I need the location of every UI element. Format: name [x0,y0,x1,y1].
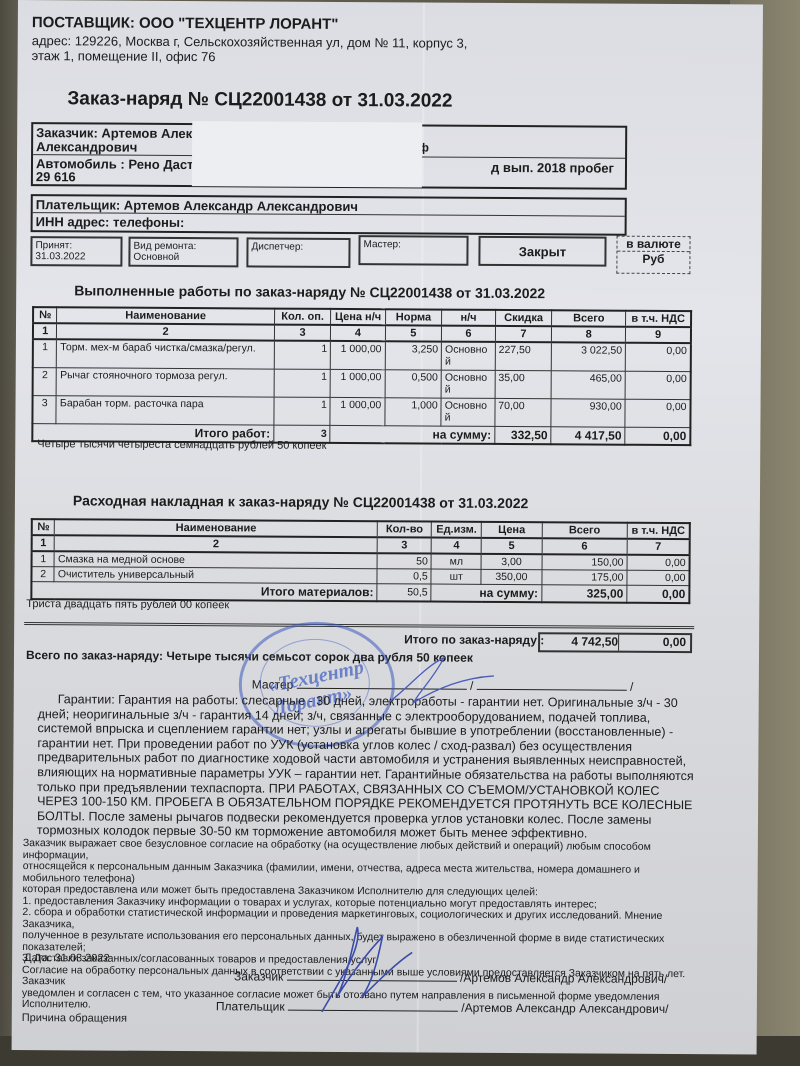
cell-norm: 3,250 [385,341,442,369]
payer-signature: Плательщик /Артемов Александр Александро… [216,999,669,1016]
cell-name: Торм. мех-м бараб чистка/смазка/регул. [57,339,275,368]
materials-total-vat: 0,00 [627,585,690,603]
column-number: 7 [495,326,552,342]
table-row: 2Рычаг стояночного тормоза регул.11 000,… [33,367,691,399]
work-order-document: ПОСТАВЩИК: ООО "ТЕХЦЕНТР ЛОРАНТ" адрес: … [12,0,763,1055]
works-table: №НаименованиеКол. оп.Цена н/чНорман/чСки… [31,306,692,446]
supplier-address: адрес: 129226, Москва г, Сельскохозяйств… [32,33,468,66]
works-total-sum: 4 417,50 [551,426,625,444]
cell-unit: шт [431,569,481,584]
cell-vat: 0,00 [625,371,690,399]
cell-total: 150,00 [542,554,627,570]
guarantee-text: Гарантии: Гарантия на работы: слесарные … [37,692,698,842]
column-number: 5 [385,325,442,341]
materials-title: Расходная накладная к заказ-наряду № СЦ2… [73,492,528,511]
dispatcher-box: Диспетчер: [246,237,350,268]
accepted-box: Принят:31.03.2022 [30,236,122,267]
works-total-discount: 332,50 [495,426,552,444]
cell-vat: 0,00 [625,399,690,427]
materials-in-words: Триста двадцать пять рублей 00 копеек [26,598,229,611]
cell-type: Основно й [441,370,495,398]
cell-price: 1 000,00 [330,369,385,397]
column-number: 8 [552,326,626,342]
payer-name: Плательщик: Артемов Александр Александро… [36,197,358,214]
column-header: Норма [385,309,442,325]
column-header: Кол-во [377,521,431,537]
column-number: 1 [33,323,57,339]
cell-price: 1 000,00 [330,397,385,425]
payer-box: Плательщик: Артемов Александр Александро… [31,194,627,236]
cell-unit: мл [431,554,481,570]
column-header: Цена [481,522,541,538]
cell-discount: 227,50 [495,342,552,370]
column-header: Всего [552,310,626,326]
cell-price: 1 000,00 [331,341,386,369]
column-header: Цена н/ч [331,309,385,325]
column-number: 4 [331,325,385,341]
grand-total-label: Итого по заказ-наряду : [404,632,544,647]
order-title: Заказ-наряд № СЦ22001438 от 31.03.2022 [67,88,452,112]
cell-price: 350,00 [481,569,541,584]
column-header: № [33,307,57,323]
car-year-mileage: д вып. 2018 пробег [491,160,614,176]
cell-type: Основно й [441,398,495,426]
date-line: Дата: 31.03.2022 [24,952,110,965]
cell-no: 2 [33,367,57,395]
works-title: Выполненные работы по заказ-наряду № СЦ2… [74,282,545,301]
column-header: Наименование [55,519,378,537]
grand-total-vat: 0,00 [663,635,686,649]
handwritten-signature [302,917,423,1018]
cell-name: Барабан торм. расточка пара [56,395,274,424]
cell-qty: 50 [377,553,431,569]
column-number: 6 [442,326,496,342]
grand-total-sum: 4 742,50 [571,634,618,648]
works-sum-label: на сумму: [330,425,495,444]
column-header: н/ч [442,310,496,326]
cell-total: 175,00 [542,570,627,586]
customer-signature: Заказчик /Артемов Александр Александрови… [234,969,667,986]
cell-discount: 70,00 [495,398,552,426]
currency-box: в валюте Руб [616,236,690,274]
works-total-vat: 0,00 [625,427,690,445]
cell-vat: 0,00 [625,343,690,371]
materials-total-qty: 50,5 [377,584,431,602]
cell-vat: 0,00 [627,555,690,571]
cell-qty: 1 [274,369,331,397]
column-header: в т.ч. НДС [627,523,690,539]
cell-no: 1 [32,551,55,567]
master-box: Мастер: [358,235,468,266]
column-number: 3 [377,537,431,553]
cell-type: Основно й [441,342,495,370]
cell-norm: 1,000 [385,397,442,425]
cell-total: 3 022,50 [552,342,626,370]
materials-table: №НаименованиеКол-воЕд.изм.ЦенаВсегов т.ч… [30,518,690,604]
column-number: 6 [542,538,627,555]
column-number: 7 [627,539,690,555]
column-header: Скидка [495,310,552,326]
address-line-2: этаж 1, помещение II, офис 76 [32,48,468,66]
cell-no: 1 [33,339,57,367]
master-handwritten-signature [384,647,504,708]
reason-label: Причина обращения [22,1012,127,1025]
status-badge: Закрыт [478,236,606,267]
cell-no: 2 [31,567,54,582]
works-in-words: Четыре тысячи четыреста семнадцать рубле… [37,438,326,452]
divider [24,622,694,629]
cell-price: 3,00 [481,554,541,570]
column-number: 3 [274,325,331,341]
column-number: 4 [431,538,481,554]
column-header: Кол. оп. [274,309,331,325]
cell-qty: 1 [274,397,331,425]
repair-type-box: Вид ремонта:Основной [128,237,238,268]
column-number: 2 [57,323,274,340]
column-header: Всего [542,522,627,539]
cell-qty: 1 [274,341,331,369]
grand-total-box: 4 742,50 0,00 [538,632,692,653]
cell-total: 930,00 [551,398,625,426]
cell-qty: 0,5 [377,569,431,584]
table-row: 3Барабан торм. расточка пара11 000,001,0… [32,395,690,427]
column-number: 9 [626,327,691,343]
column-number: 2 [55,535,378,553]
materials-sum-label: на сумму: [431,584,541,602]
column-header: Наименование [57,307,274,324]
cell-name: Рычаг стояночного тормоза регул. [56,367,274,396]
payer-inn: ИНН адрес: телефоны: [36,214,185,230]
column-header: в т.ч. НДС [626,311,691,327]
table-row: 1Торм. мех-м бараб чистка/смазка/регул.1… [33,339,691,371]
cell-norm: 0,500 [385,369,442,397]
column-number: 1 [32,535,55,551]
materials-total-sum: 325,00 [541,585,626,603]
cell-total: 465,00 [551,370,625,398]
redacted-area [192,121,422,187]
column-number: 5 [481,538,541,554]
cell-vat: 0,00 [627,570,690,585]
column-header: Ед.изм. [431,522,481,538]
column-header: № [32,519,55,535]
supplier-name: ПОСТАВЩИК: ООО "ТЕХЦЕНТР ЛОРАНТ" [32,14,339,33]
cell-discount: 35,00 [495,370,552,398]
cell-no: 3 [32,395,56,423]
